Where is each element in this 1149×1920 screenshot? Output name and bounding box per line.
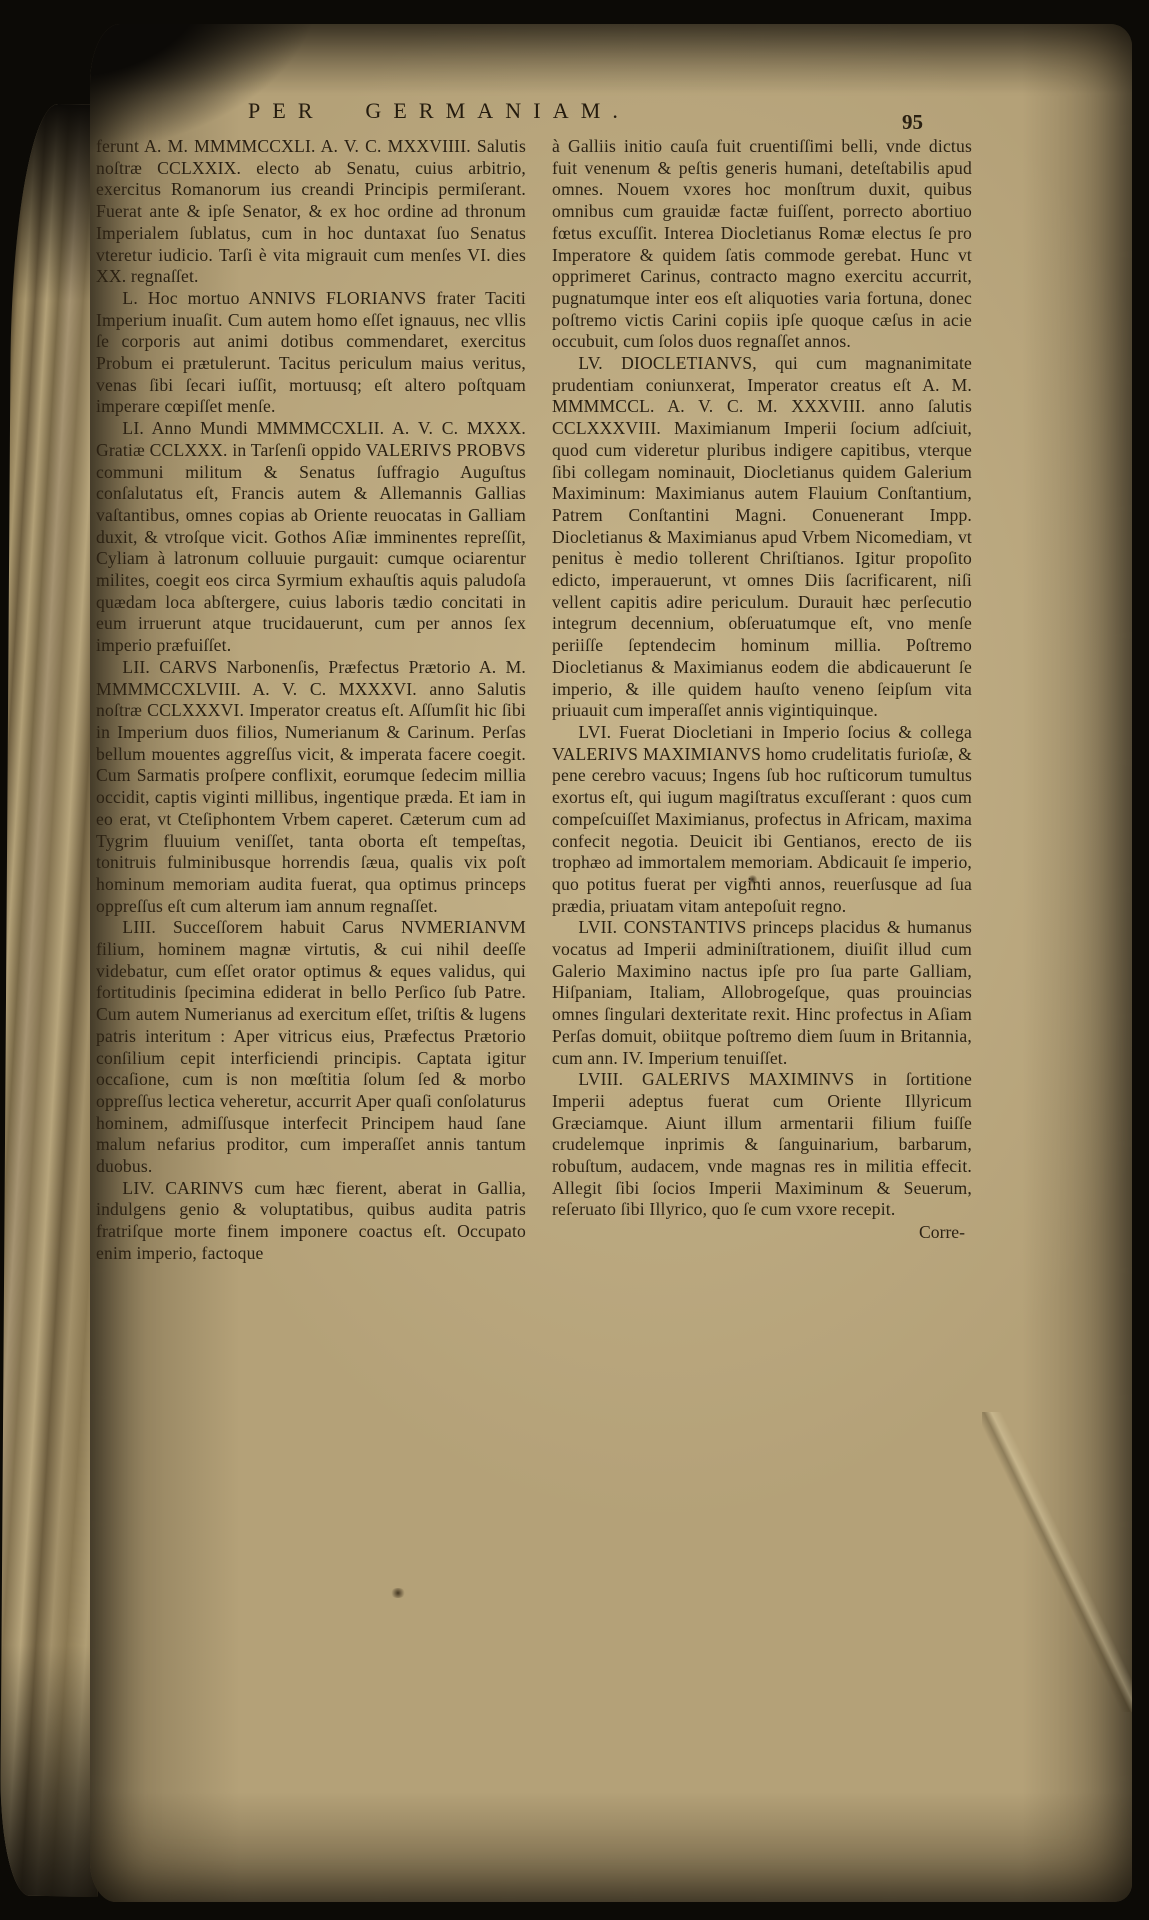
paragraph-section-li: LI. Anno Mundi MMMMCCXLII. A. V. C. MXXX… [96, 418, 526, 657]
text-column-left: ferunt A. M. MMMMCCXLI. A. V. C. MXXVIII… [96, 136, 526, 1265]
book-photo-background: PER GERMANIAM. 95 ferunt A. M. MMMMCCXLI… [0, 0, 1149, 1920]
paragraph-section-l: L. Hoc mortuo ANNIVS FLORIANVS frater Ta… [96, 288, 526, 418]
paragraph-section-lviii: LVIII. GALERIVS MAXIMINVS in ſortitione … [552, 1069, 972, 1221]
text-block: ferunt A. M. MMMMCCXLI. A. V. C. MXXVIII… [96, 136, 998, 1265]
paragraph-section-lii: LII. CARVS Narbonenſis, Præfectus Prætor… [96, 657, 526, 917]
paragraph-continuation: à Galliis initio cauſa fuit cruentiſſimi… [552, 136, 972, 353]
paragraph-section-lvi: LVI. Fuerat Diocletiani in Imperio ſociu… [552, 722, 972, 917]
running-header: PER GERMANIAM. [248, 98, 630, 124]
catchword: Corre- [552, 1222, 972, 1244]
paragraph-continuation: ferunt A. M. MMMMCCXLI. A. V. C. MXXVIII… [96, 136, 526, 288]
paragraph-section-lv: LV. DIOCLETIANVS, qui cum magnanimitate … [552, 353, 972, 722]
text-column-right: à Galliis initio cauſa fuit cruentiſſimi… [552, 136, 972, 1265]
paragraph-section-liv: LIV. CARINVS cum hæc fierent, aberat in … [96, 1178, 526, 1265]
paragraph-section-liii: LIII. Succeſſorem habuit Carus NVMERIANV… [96, 917, 526, 1177]
paragraph-section-lvii: LVII. CONSTANTIVS princeps placidus & hu… [552, 917, 972, 1069]
page-corner-fold [982, 1412, 1132, 1712]
book-page: PER GERMANIAM. 95 ferunt A. M. MMMMCCXLI… [90, 24, 1132, 1902]
page-number: 95 [902, 110, 923, 135]
ink-stain [390, 1588, 406, 1598]
